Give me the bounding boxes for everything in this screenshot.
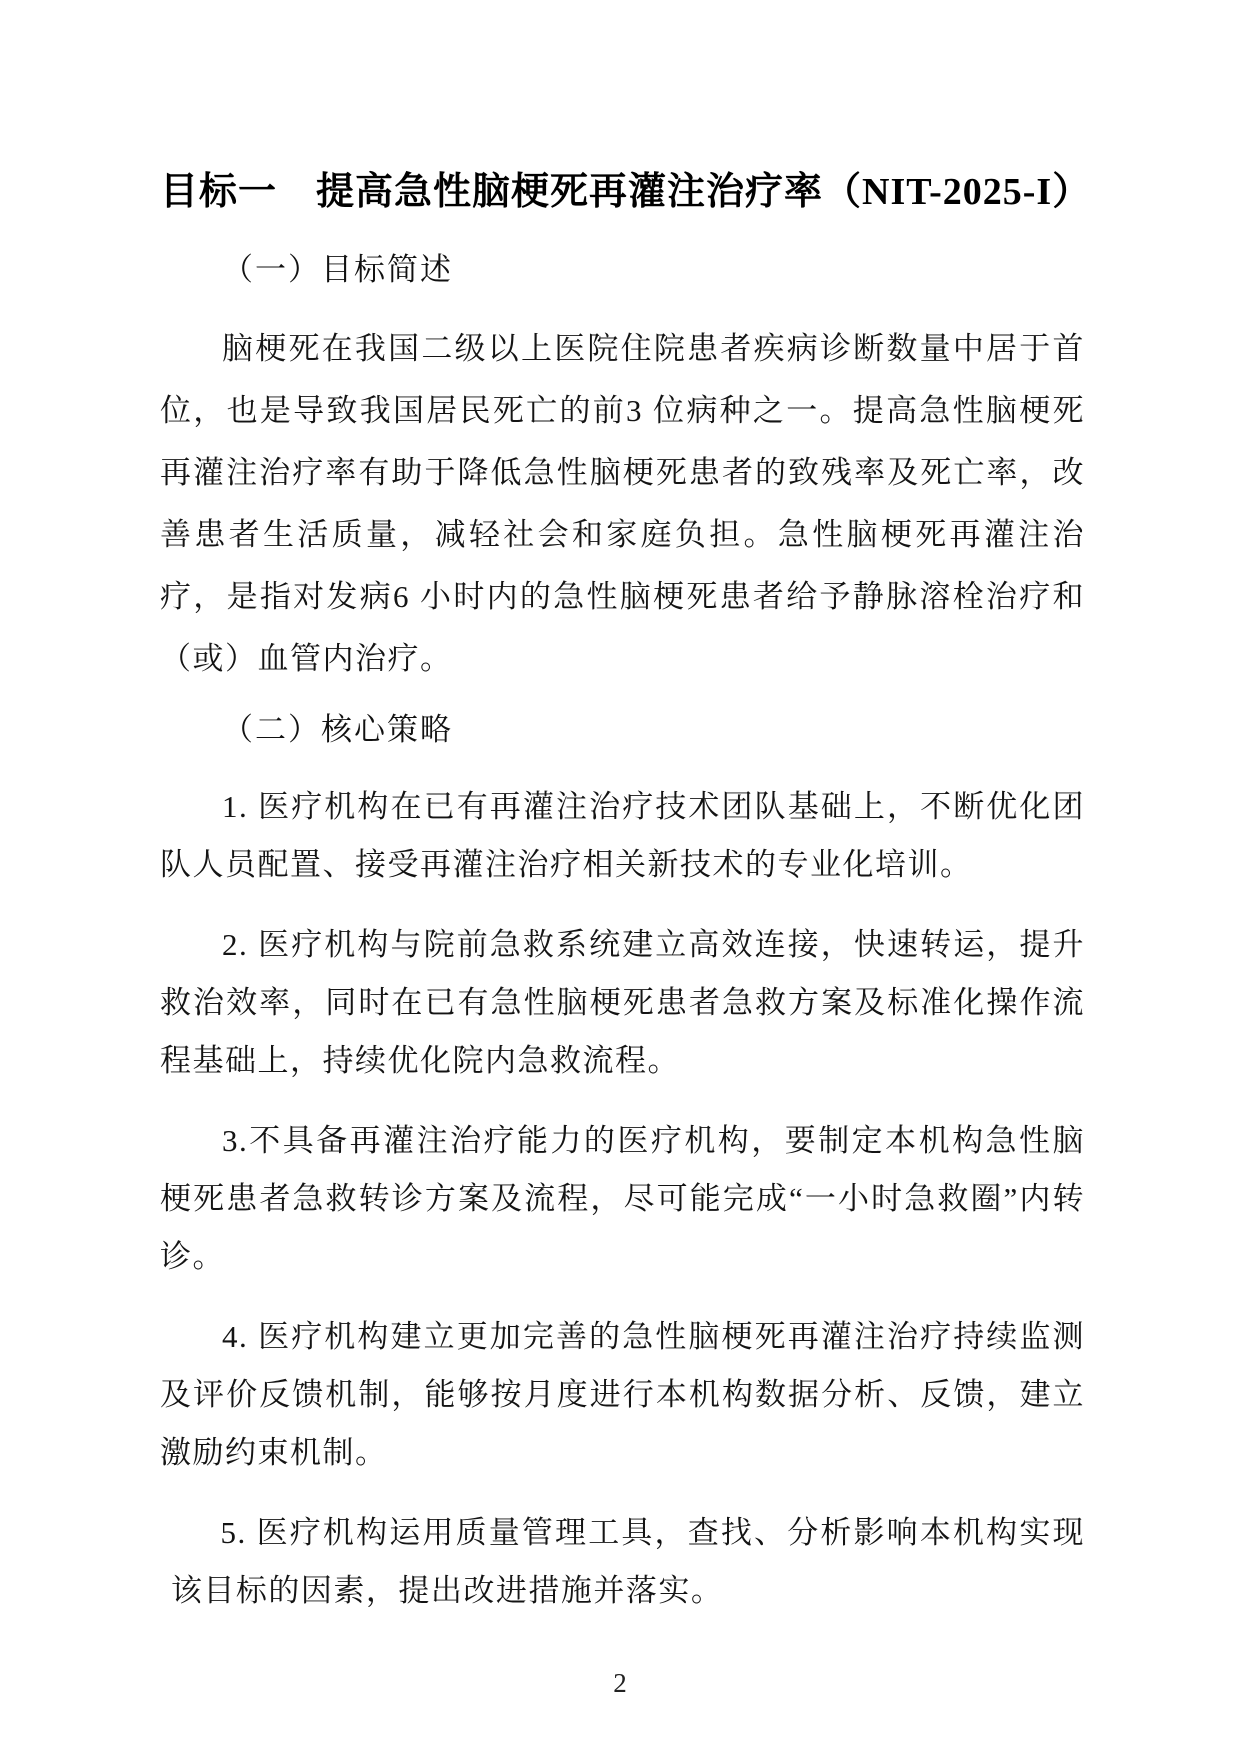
document-content: 目标一 提高急性脑梗死再灌注治疗率（NIT-2025-I） （一）目标简述 脑梗… [160,168,1085,1620]
page-title: 目标一 提高急性脑梗死再灌注治疗率（NIT-2025-I） [160,168,1085,216]
document-page: 目标一 提高急性脑梗死再灌注治疗率（NIT-2025-I） （一）目标简述 脑梗… [0,0,1240,1754]
section-title-goal-overview: （一）目标简述 [160,250,1085,290]
goal-heading-text: 目标一 提高急性脑梗死再灌注治疗率 [160,171,823,213]
strategy-item-3: 3.不具备再灌注治疗能力的医疗机构，要制定本机构急性脑梗死患者急救转诊方案及流程… [160,1112,1085,1286]
strategy-item-1: 1. 医疗机构在已有再灌注治疗技术团队基础上，不断优化团队人员配置、接受再灌注治… [160,778,1085,894]
goal-heading-code: （NIT-2025-I） [823,171,1091,213]
strategy-item-4: 4. 医疗机构建立更加完善的急性脑梗死再灌注治疗持续监测及评价反馈机制，能够按月… [160,1308,1085,1482]
goal-overview-paragraph: 脑梗死在我国二级以上医院住院患者疾病诊断数量中居于首位，也是导致我国居民死亡的前… [160,318,1085,690]
page-number: 2 [0,1668,1240,1699]
strategy-item-2: 2. 医疗机构与院前急救系统建立高效连接，快速转运，提升救治效率，同时在已有急性… [160,916,1085,1090]
strategy-item-5: 5. 医疗机构运用质量管理工具，查找、分析影响本机构实现该目标的因素，提出改进措… [160,1504,1085,1620]
section-title-core-strategy: （二）核心策略 [160,710,1085,750]
